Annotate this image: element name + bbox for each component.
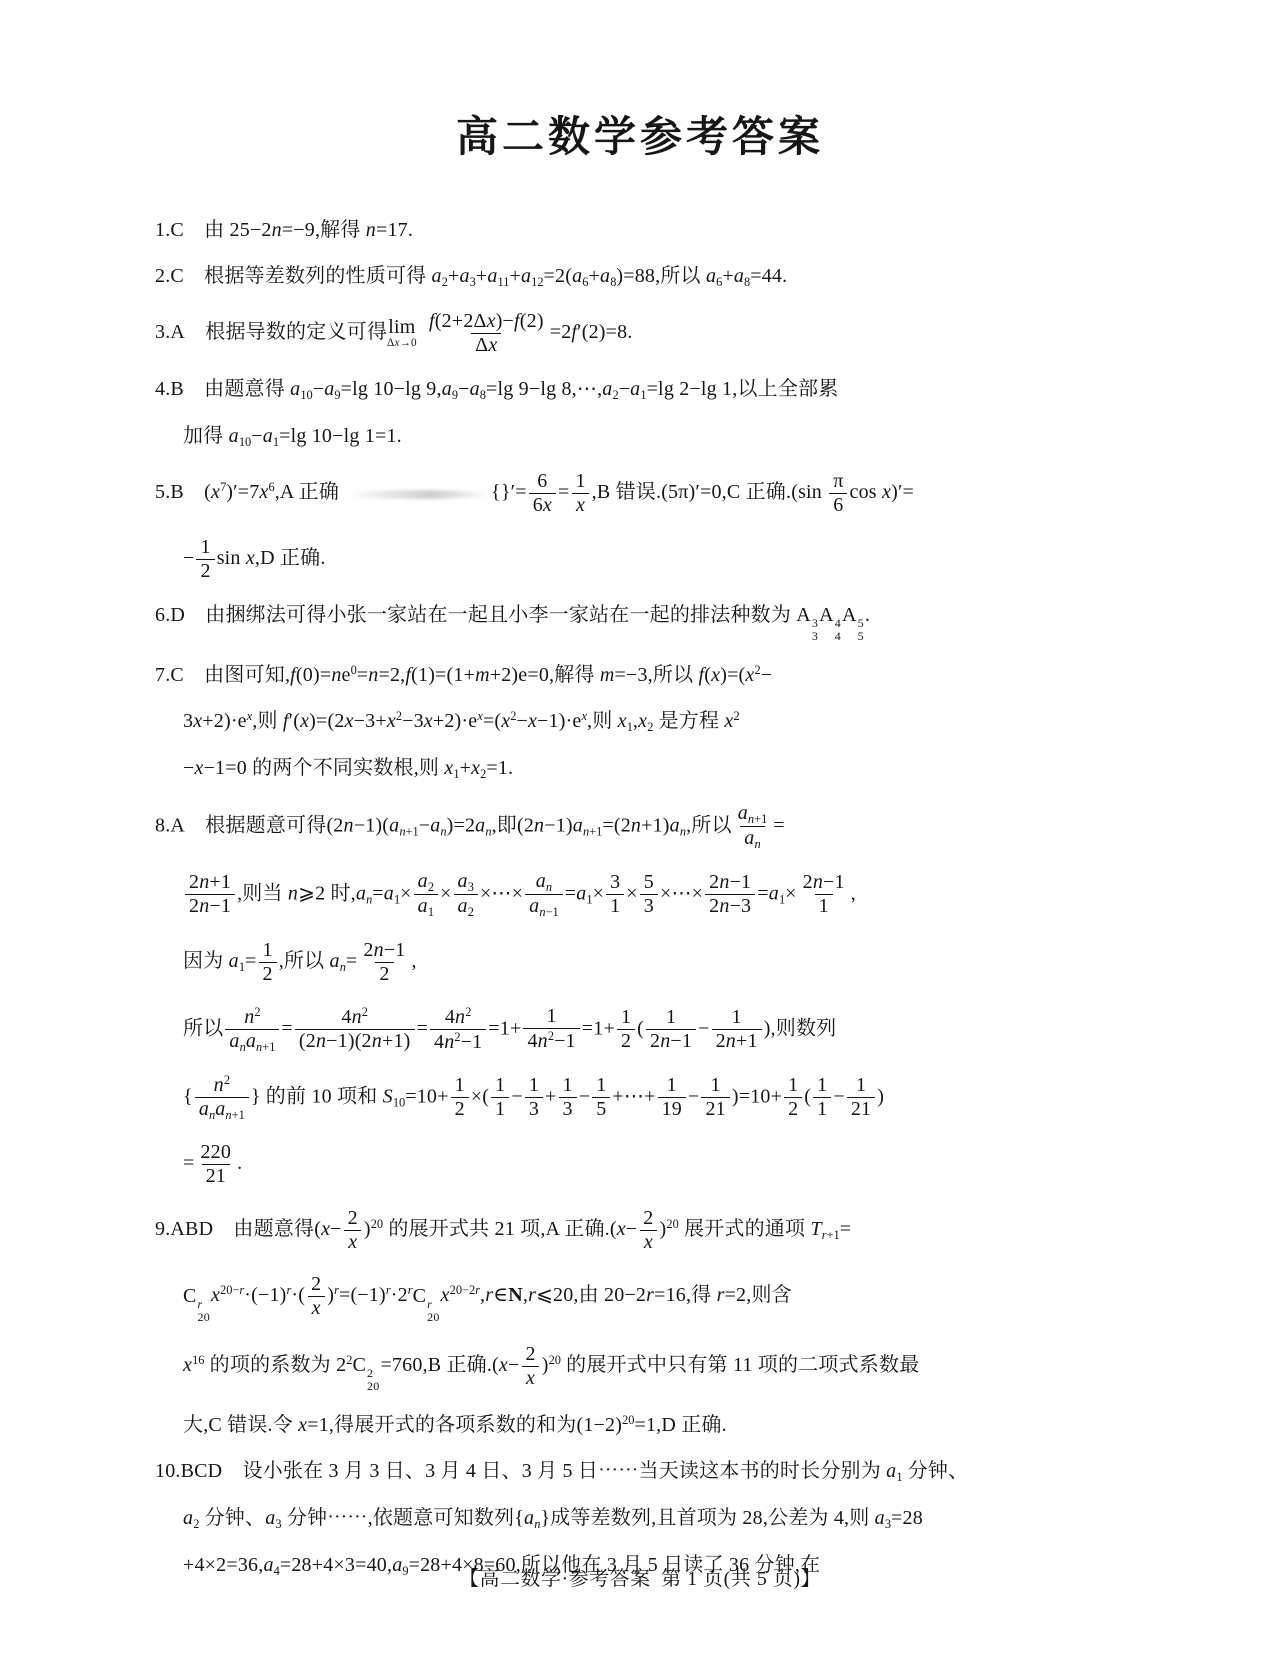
variable: n <box>256 1040 262 1054</box>
variable: x <box>211 1285 220 1307</box>
fraction: 66x <box>529 470 556 517</box>
variable: r <box>475 1283 480 1297</box>
subscript: n <box>534 1517 540 1531</box>
variable: n <box>344 814 354 836</box>
variable: r <box>646 1285 654 1307</box>
superscript: 20−2r <box>450 1283 480 1297</box>
superscript: 20 <box>666 1217 678 1231</box>
fraction: 12 <box>784 1074 802 1121</box>
variable: x <box>488 334 497 356</box>
answer-line: 6.D 由捆绑法可得小张一家站在一起且小李一家站在一起的排法种数为 A33A44… <box>155 601 1130 644</box>
variable: a <box>356 883 366 905</box>
answer-sheet-page: 高二数学参考答案 1.C 由 25−2n=−9,解得 n=17.2.C 根据等差… <box>0 0 1280 1657</box>
variable: n <box>754 837 760 851</box>
superscript: 20 <box>549 1353 561 1367</box>
subscript: n <box>680 824 686 838</box>
answer-line: 2n+12n−1,则当 n⩾2 时,an=a1×a2a1×a3a2×⋯×anan… <box>155 869 1130 920</box>
variable: x <box>471 757 480 779</box>
subscript: 1 <box>239 960 245 974</box>
fraction: 2x <box>639 1207 657 1254</box>
subscript: 6 <box>716 275 722 289</box>
fraction: 13 <box>525 1074 543 1121</box>
variable: a <box>576 883 586 905</box>
variable: n <box>455 1006 465 1028</box>
subscript: 2 <box>612 388 618 402</box>
variable: m <box>600 664 615 686</box>
fraction: 2n+12n−1 <box>185 871 235 918</box>
subscript: 1 <box>779 893 785 907</box>
variable: n <box>748 812 754 826</box>
sub-sup-stack: A33 <box>796 604 819 626</box>
sub-sup-stack: A44 <box>819 604 842 626</box>
variable: x <box>211 481 220 503</box>
subscript: 1 <box>394 893 400 907</box>
subscript: 2 <box>468 905 474 919</box>
variable: x <box>882 481 891 503</box>
variable: a <box>769 883 779 905</box>
variable: f <box>405 664 411 686</box>
superscript: r <box>334 1283 339 1297</box>
variable: x <box>394 337 399 349</box>
answer-line: 7.C 由图可知,f(0)=ne0=n=2,f(1)=(1+m+2)e=0,解得… <box>155 661 1130 690</box>
subscript: n+1 <box>399 824 418 838</box>
variable: x <box>526 1367 535 1389</box>
subscript: 3 <box>468 880 474 894</box>
answer-line: −x−1=0 的两个不同实数根,则 x1+x2=1. <box>155 754 1130 784</box>
variable: x <box>499 1354 508 1376</box>
superscript: 20 <box>622 1413 634 1427</box>
variable: x <box>424 710 433 732</box>
answer-line: 3x+2)·ex,则 f′(x)=(2x−3+x2−3x+2)·ex=(x2−x… <box>155 707 1130 737</box>
subscript: 8 <box>480 388 486 402</box>
answer-line: 3.A 根据导数的定义可得limΔx→0 f(2+2Δx)−f(2)Δx=2f′… <box>155 309 1130 358</box>
variable: x <box>582 709 588 723</box>
variable: x <box>246 547 255 569</box>
variable: n <box>583 824 589 838</box>
answer-line: 4.B 由题意得 a10−a9=lg 10−lg 9,a9−a8=lg 9−lg… <box>155 375 1130 405</box>
fraction: 13 <box>559 1074 577 1121</box>
superscript: 2 <box>754 663 760 677</box>
subscript: 2 <box>193 1517 199 1531</box>
fraction: π6 <box>829 470 847 517</box>
subscript: 1 <box>896 1470 902 1484</box>
variable: n <box>538 1030 548 1052</box>
superscript: r <box>386 1283 391 1297</box>
superscript: 20−r <box>220 1283 244 1297</box>
variable: n <box>631 814 641 836</box>
variable: a <box>487 265 497 287</box>
answer-line: =22021. <box>155 1140 1130 1189</box>
subscript: 8 <box>610 275 616 289</box>
variable: x <box>247 709 253 723</box>
variable: n <box>440 824 446 838</box>
fraction: 14n2−1 <box>523 1005 579 1053</box>
variable: a <box>602 378 612 400</box>
fraction: 121 <box>701 1074 729 1121</box>
fraction: 4n24n2−1 <box>430 1005 486 1054</box>
variable: a <box>706 265 716 287</box>
variable: n <box>199 871 209 893</box>
variable: n <box>366 219 376 241</box>
variable: x <box>348 1231 357 1253</box>
superscript: 7 <box>220 480 226 494</box>
subscript: n <box>340 960 346 974</box>
fraction: 2n−12 <box>359 939 409 986</box>
variable: x <box>576 494 585 516</box>
fraction: 22021 <box>196 1141 235 1188</box>
variable: r <box>485 1285 493 1307</box>
variable: n <box>244 1006 254 1028</box>
fraction: 12 <box>617 1006 635 1053</box>
variable: r <box>427 1297 432 1311</box>
fraction: n2anan+1 <box>225 1005 279 1054</box>
variable: a <box>324 378 334 400</box>
variable: f <box>571 321 577 343</box>
superscript: 2 <box>454 1030 460 1044</box>
variable: a <box>536 870 546 892</box>
variable: f <box>290 664 296 686</box>
variable: n <box>316 1030 326 1052</box>
sub-sup-stack: A55 <box>842 604 865 626</box>
fraction: 12 <box>259 939 277 986</box>
variable: T <box>810 1219 821 1241</box>
variable: x <box>501 710 510 732</box>
answer-line: 9.ABD 由题意得(x−2x)20 的展开式共 21 项,A 正确.(x−2x… <box>155 1206 1130 1255</box>
variable: a <box>215 1098 225 1120</box>
answer-line: 1.C 由 25−2n=−9,解得 n=17. <box>155 216 1130 245</box>
superscript: 0 <box>351 663 357 677</box>
answer-line: 5.B (x7)′=7x6,A 正确{}′=66x=1x,B 错误.(5π)′=… <box>155 469 1130 518</box>
superscript: 2 <box>548 1029 554 1043</box>
superscript: 2 <box>733 709 739 723</box>
sub-sup-stack: Cr20 <box>183 1285 211 1307</box>
variable: r <box>717 1285 725 1307</box>
superscript: 2 <box>465 1005 471 1019</box>
variable: x <box>300 710 309 732</box>
superscript: 2 <box>254 1005 260 1019</box>
subscript: 3 <box>470 275 476 289</box>
fraction: n2anan+1 <box>195 1073 249 1122</box>
answer-line: 8.A 根据题意可得(2n−1)(an+1−an)=2an,即(2n−1)an+… <box>155 801 1130 852</box>
variable: r <box>334 1283 339 1297</box>
variable: x <box>638 710 647 732</box>
subscript: 2 <box>480 767 486 781</box>
answer-line: 10.BCD 设小张在 3 月 3 日、3 月 4 日、3 月 5 日⋯⋯当天读… <box>155 1457 1130 1487</box>
variable: x <box>617 1219 626 1241</box>
variable: a <box>418 870 428 892</box>
variable: a <box>875 1507 885 1529</box>
variable: n <box>444 1031 454 1053</box>
superscript: x <box>582 709 588 723</box>
subscript: 11 <box>498 275 510 289</box>
variable: r <box>287 1283 292 1297</box>
variable: n <box>352 1006 362 1028</box>
variable: n <box>368 664 378 686</box>
superscript: x <box>477 709 483 723</box>
answer-line: a2 分钟、a3 分钟⋯⋯,依题意可知数列{an}成等差数列,且首项为 28,公… <box>155 1504 1130 1534</box>
variable: a <box>459 265 469 287</box>
answer-line: 大,C 错误.令 x=1,得展开式的各项系数的和为(1−2)20=1,D 正确. <box>155 1411 1130 1440</box>
erased-smudge <box>349 490 487 499</box>
fraction: 15 <box>592 1074 610 1121</box>
variable: r <box>198 1297 203 1311</box>
variable: x <box>193 710 202 732</box>
variable: x <box>543 494 552 516</box>
variable: a <box>418 895 428 917</box>
answer-line: x16 的项的系数为 22C220=760,B 正确.(x−2x)20 的展开式… <box>155 1342 1130 1394</box>
variable: n <box>680 824 686 838</box>
fraction: 1x <box>571 470 589 517</box>
fraction: 121 <box>847 1074 875 1121</box>
variable: a <box>384 883 394 905</box>
subscript: r+1 <box>822 1229 840 1243</box>
limit-stack: limΔx→0 <box>387 317 417 349</box>
variable: n <box>272 219 282 241</box>
variable: n <box>331 664 341 686</box>
bold-symbol: N <box>508 1285 523 1307</box>
subscript: 10 <box>239 435 251 449</box>
variable: n <box>366 893 372 907</box>
variable: n <box>813 871 823 893</box>
fraction: a3a2 <box>454 870 478 919</box>
variable: x <box>644 1231 653 1253</box>
variable: x <box>618 710 627 732</box>
superscript: r <box>287 1283 292 1297</box>
superscript: 20 <box>371 1217 383 1231</box>
variable: a <box>572 265 582 287</box>
answer-line: 加得 a10−a1=lg 10−lg 1=1. <box>155 422 1130 452</box>
variable: a <box>630 378 640 400</box>
subscript: 2 <box>647 720 653 734</box>
fraction: 31 <box>606 871 624 918</box>
subscript: 12 <box>531 275 543 289</box>
variable: a <box>183 1507 193 1529</box>
subscript: 1 <box>640 388 646 402</box>
subscript: 1 <box>586 893 592 907</box>
variable: x <box>298 1414 307 1436</box>
variable: a <box>199 1098 209 1120</box>
subscript: n <box>485 824 491 838</box>
fraction: 2x <box>344 1207 362 1254</box>
fraction: 2x <box>307 1273 325 1320</box>
fraction: 12n−1 <box>646 1006 696 1053</box>
variable: n <box>534 1517 540 1531</box>
variable: n <box>374 939 384 961</box>
subscript: n+1 <box>256 1040 275 1054</box>
answer-line: −12sin x,D 正确. <box>155 535 1130 584</box>
variable: a <box>263 425 273 447</box>
superscript: 6 <box>268 480 274 494</box>
subscript: n <box>546 880 552 894</box>
variable: r <box>239 1283 244 1297</box>
subscript: n+1 <box>583 824 602 838</box>
fraction: 12n+1 <box>712 1006 762 1053</box>
answer-line: 所以n2anan+1=4n2(2n−1)(2n+1)=4n24n2−1=1+14… <box>155 1004 1130 1055</box>
variable: a <box>458 870 468 892</box>
fraction: 11 <box>813 1074 831 1121</box>
variable: x <box>711 664 720 686</box>
answer-line: {n2anan+1} 的前 10 项和 S10=10+12×(11−13+13−… <box>155 1072 1130 1123</box>
variable: a <box>229 950 239 972</box>
variable: n <box>719 895 729 917</box>
variable: x <box>194 757 203 779</box>
subscript: n <box>440 824 446 838</box>
sub-sup-stack: Cr20 <box>413 1285 441 1307</box>
fraction: 2x <box>521 1343 539 1390</box>
subscript: 10 <box>300 388 312 402</box>
subscript: 9 <box>334 388 340 402</box>
variable: n <box>485 824 491 838</box>
subscript: n−1 <box>539 905 558 919</box>
superscript: x <box>247 709 253 723</box>
fraction: a2a1 <box>414 870 438 919</box>
fraction: 12 <box>451 1074 469 1121</box>
answer-line: Cr20x20−r·(−1)r·(2x)r=(−1)r·2rCr20x20−2r… <box>155 1272 1130 1324</box>
variable: a <box>524 1507 534 1529</box>
variable: a <box>458 895 468 917</box>
variable: a <box>246 1030 256 1052</box>
variable: a <box>573 814 583 836</box>
variable: r <box>386 1283 391 1297</box>
fraction: 53 <box>640 871 658 918</box>
variable: f <box>283 710 289 732</box>
variable: n <box>534 814 544 836</box>
variable: a <box>229 425 239 447</box>
variable: x <box>441 1285 450 1307</box>
page-title: 高二数学参考答案 <box>0 104 1280 164</box>
fraction: 11 <box>491 1074 509 1121</box>
subscript: 6 <box>582 275 588 289</box>
variable: n <box>288 883 298 905</box>
answer-line: 因为 a1=12,所以 an=2n−12, <box>155 938 1130 987</box>
subscript: 1 <box>453 767 459 781</box>
subscript: n <box>754 837 760 851</box>
variable: a <box>521 265 531 287</box>
variable: n <box>726 1030 736 1052</box>
variable: n <box>539 905 545 919</box>
subscript: n <box>366 893 372 907</box>
superscript: 2 <box>224 1073 230 1087</box>
variable: a <box>430 814 440 836</box>
variable: a <box>738 802 748 824</box>
variable: r <box>822 1229 827 1243</box>
variable: a <box>432 265 442 287</box>
superscript: 2 <box>362 1005 368 1019</box>
subscript: 3 <box>275 1517 281 1531</box>
variable: n <box>340 960 346 974</box>
variable: n <box>719 871 729 893</box>
variable: a <box>600 265 610 287</box>
page-footer: 【高二数学·参考答案 第 1 页(共 5 页)】 <box>0 1562 1280 1591</box>
variable: n <box>372 1030 382 1052</box>
sub-sup-stack: C220 <box>352 1354 380 1376</box>
superscript: 2 <box>510 709 516 723</box>
fraction: 2n−11 <box>799 871 849 918</box>
variable: x <box>528 710 537 732</box>
subscript: 3 <box>885 1517 891 1531</box>
variable: r <box>528 1285 536 1307</box>
subscript: 2 <box>442 275 448 289</box>
subscript: 9 <box>452 388 458 402</box>
variable: x <box>183 1354 192 1376</box>
subscript: n+1 <box>225 1108 244 1122</box>
variable: n <box>399 824 405 838</box>
variable: x <box>477 709 483 723</box>
fraction: 12 <box>196 536 214 583</box>
variable: n <box>225 1108 231 1122</box>
variable: x <box>345 710 354 732</box>
subscript: 2 <box>428 880 434 894</box>
variable: a <box>330 950 340 972</box>
variable: a <box>670 814 680 836</box>
variable: m <box>475 664 490 686</box>
variable: f <box>698 664 704 686</box>
subscript: 10 <box>393 1095 405 1109</box>
superscript: 16 <box>192 1353 204 1367</box>
subscript: n+1 <box>748 812 767 826</box>
variable: a <box>470 378 480 400</box>
variable: a <box>265 1507 275 1529</box>
subscript: 1 <box>273 435 279 449</box>
superscript: 2 <box>396 709 402 723</box>
subscript: 1 <box>627 720 633 734</box>
variable: a <box>229 1030 239 1052</box>
fraction: an+1an <box>734 802 772 851</box>
variable: n <box>214 1074 224 1096</box>
variable: a <box>529 895 539 917</box>
subscript: 8 <box>744 275 750 289</box>
variable: f <box>429 310 435 332</box>
fraction: 4n2(2n−1)(2n+1) <box>295 1005 415 1053</box>
variable: a <box>389 814 399 836</box>
variable: S <box>383 1085 393 1107</box>
variable: a <box>734 265 744 287</box>
variable: x <box>487 310 496 332</box>
variable: n <box>199 895 209 917</box>
variable: n <box>660 1030 670 1052</box>
fraction: 119 <box>658 1074 686 1121</box>
variable: a <box>744 827 754 849</box>
variable: x <box>321 1219 330 1241</box>
subscript: 1 <box>428 905 434 919</box>
variable: a <box>290 378 300 400</box>
fraction: 2n−12n−3 <box>705 871 755 918</box>
fraction: anan−1 <box>525 870 563 919</box>
variable: f <box>514 310 520 332</box>
variable: a <box>475 814 485 836</box>
answer-line: 2.C 根据等差数列的性质可得 a2+a3+a11+a12=2(a6+a8)=8… <box>155 262 1130 292</box>
variable: a <box>886 1460 896 1482</box>
fraction: f(2+2Δx)−f(2)Δx <box>425 310 548 357</box>
variable: x <box>312 1297 321 1319</box>
variable: n <box>546 880 552 894</box>
variable: a <box>442 378 452 400</box>
answers-list: 1.C 由 25−2n=−9,解得 n=17.2.C 根据等差数列的性质可得 a… <box>155 216 1130 1581</box>
variable: x <box>387 710 396 732</box>
